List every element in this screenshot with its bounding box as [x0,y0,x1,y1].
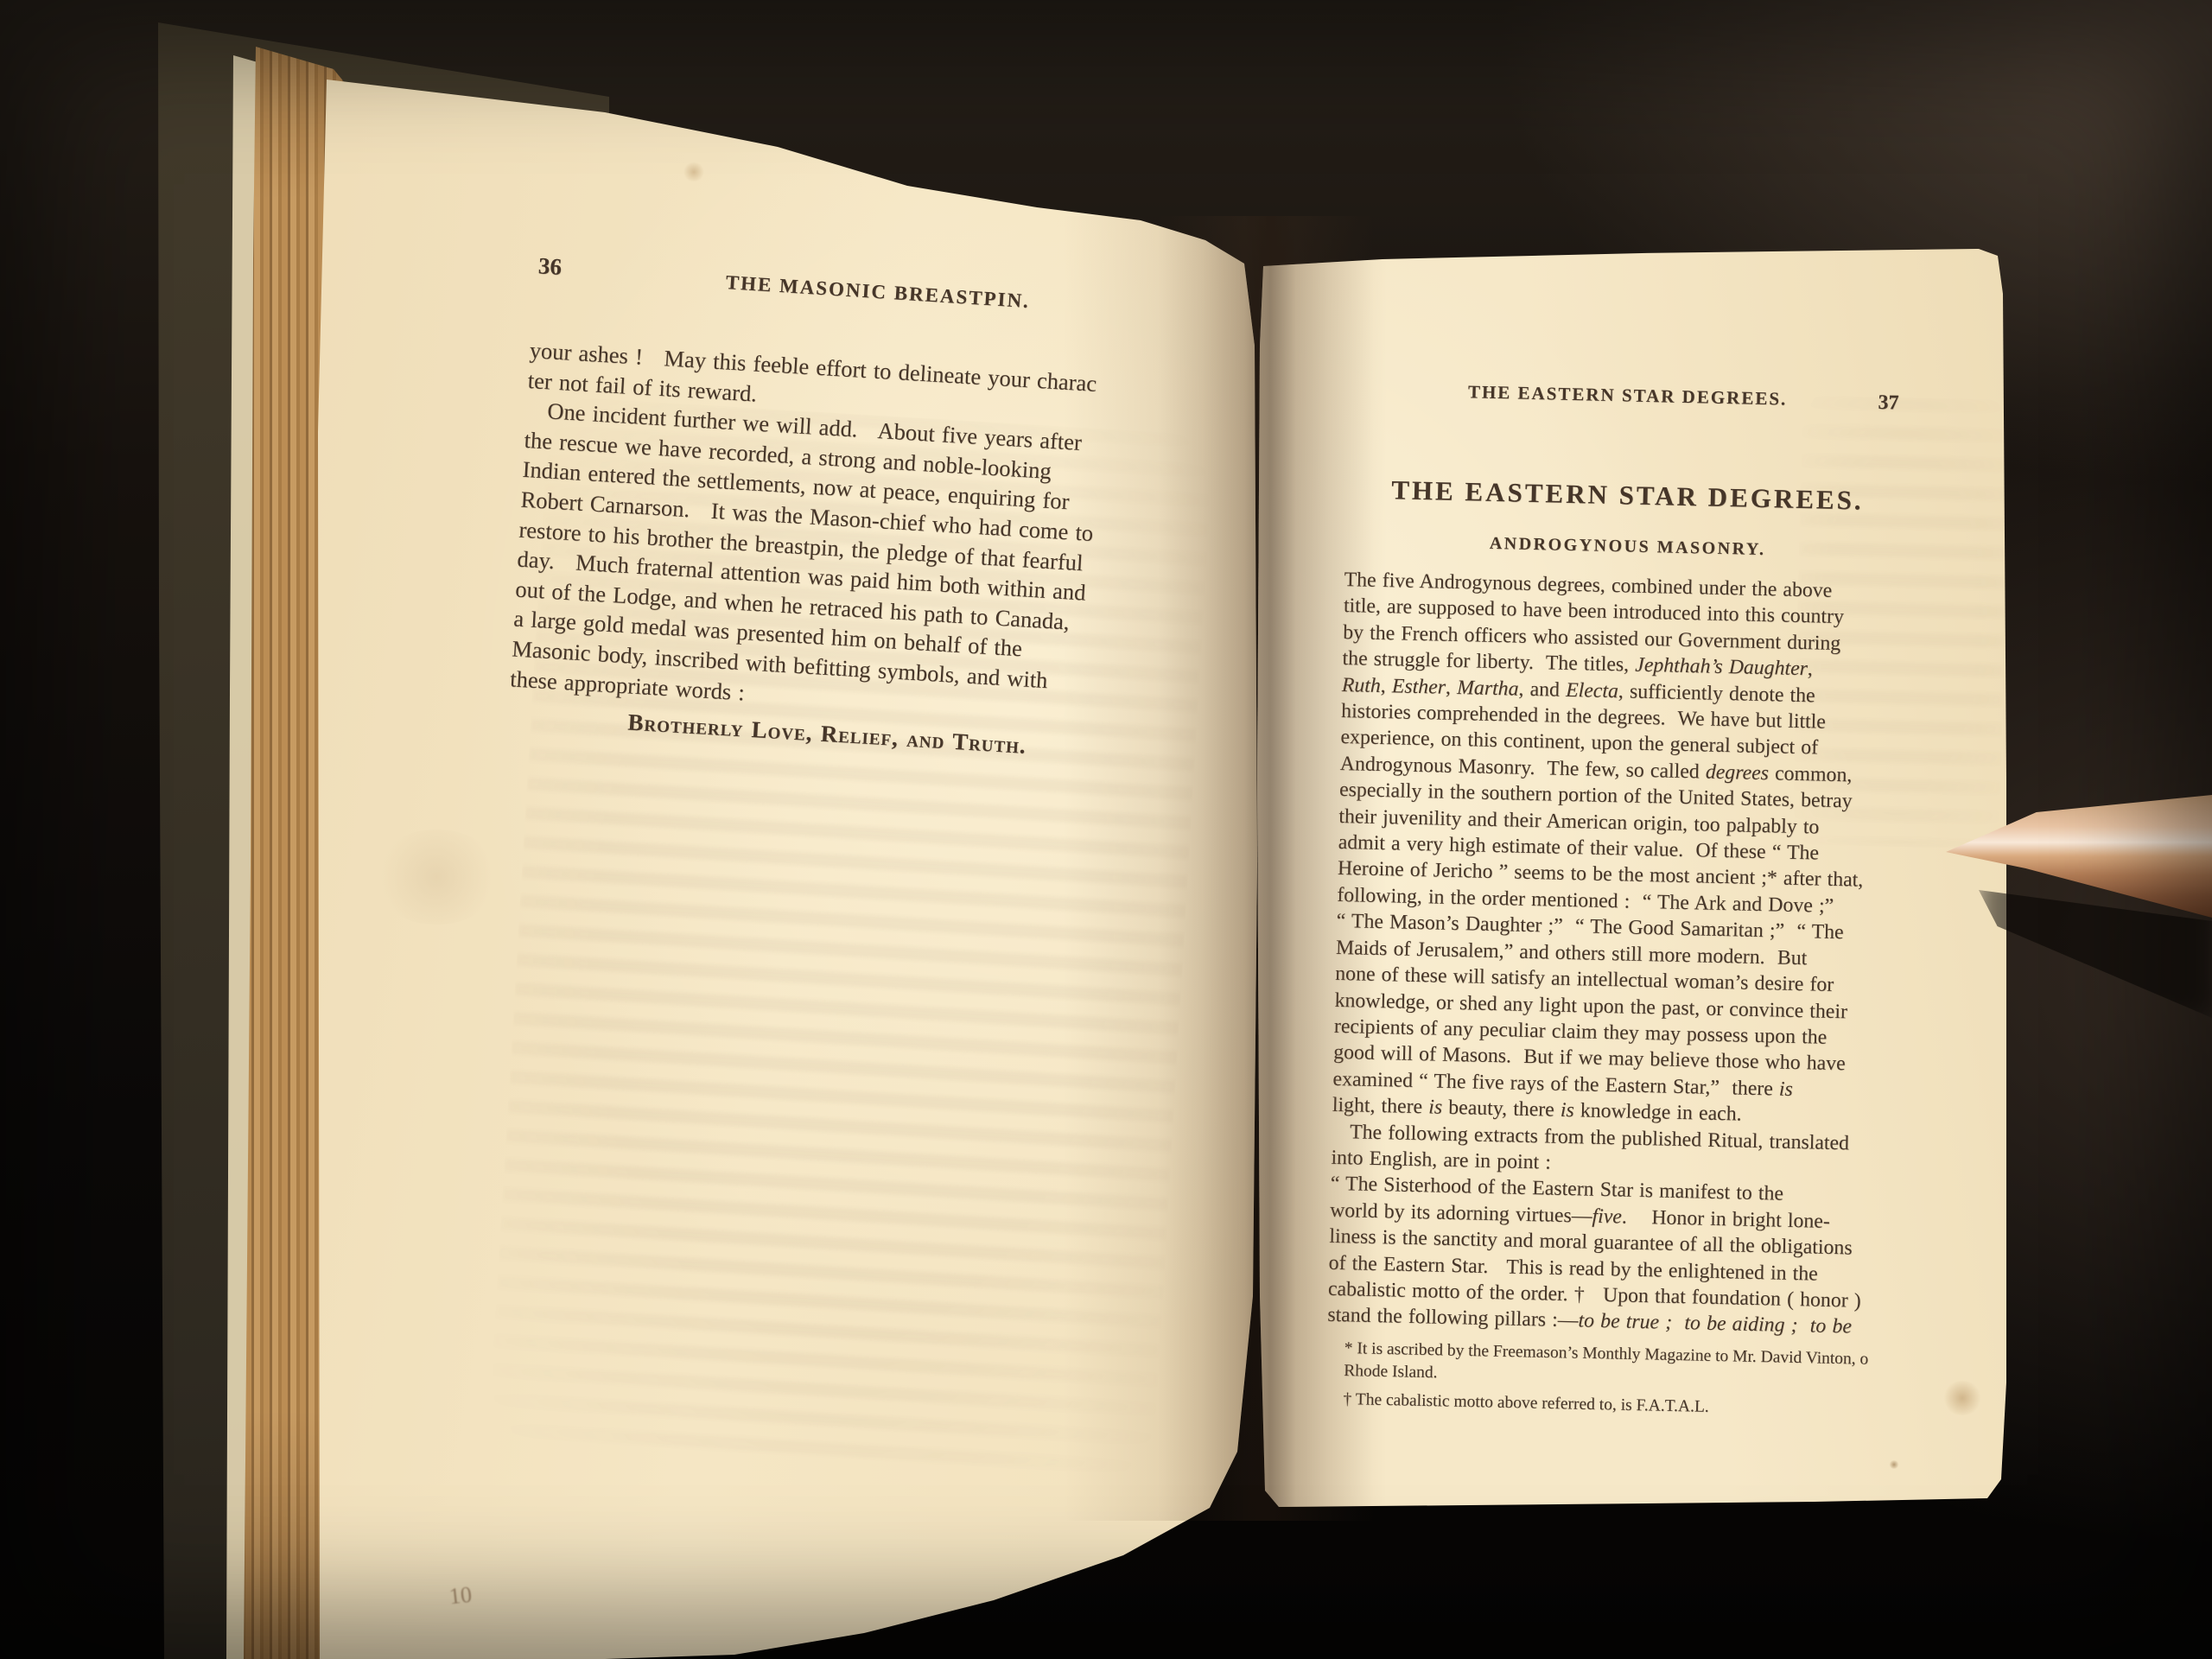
foxing-spot [1942,1381,1982,1415]
foxing-spot [1889,1460,1899,1469]
foxing-spot [372,829,501,925]
body-text: your ashes ! May this feeble effort to d… [509,335,1168,731]
right-page-header: THE EASTERN STAR DEGREES. 37 [1344,378,1910,413]
running-head: THE MASONIC BREASTPIN. [636,266,1121,319]
page-number: 36 [537,252,563,281]
left-page-body: your ashes ! May this feeble effort to d… [507,335,1169,768]
chapter-title: THE EASTERN STAR DEGREES. [1344,474,1911,518]
running-head: THE EASTERN STAR DEGREES. [1344,378,1910,413]
book-photo: 36 THE MASONIC BREASTPIN. your ashes ! M… [0,0,2212,1659]
page-number: 37 [1878,391,1899,416]
ink-smudge-mark: 10 [448,1582,474,1611]
foxing-spot [817,90,831,102]
text-line: † The cabalistic motto above referred to… [1343,1389,1915,1423]
right-page-body: The five Androgynous degrees, combined u… [1327,567,1916,1342]
foxing-spot [683,162,705,181]
chapter-subtitle: ANDROGYNOUS MASONRY. [1344,531,1910,563]
left-page-header: 36 THE MASONIC BREASTPIN. [534,252,1164,292]
footnote-block: * It is ascribed by the Freemason’s Mont… [1343,1338,1916,1423]
